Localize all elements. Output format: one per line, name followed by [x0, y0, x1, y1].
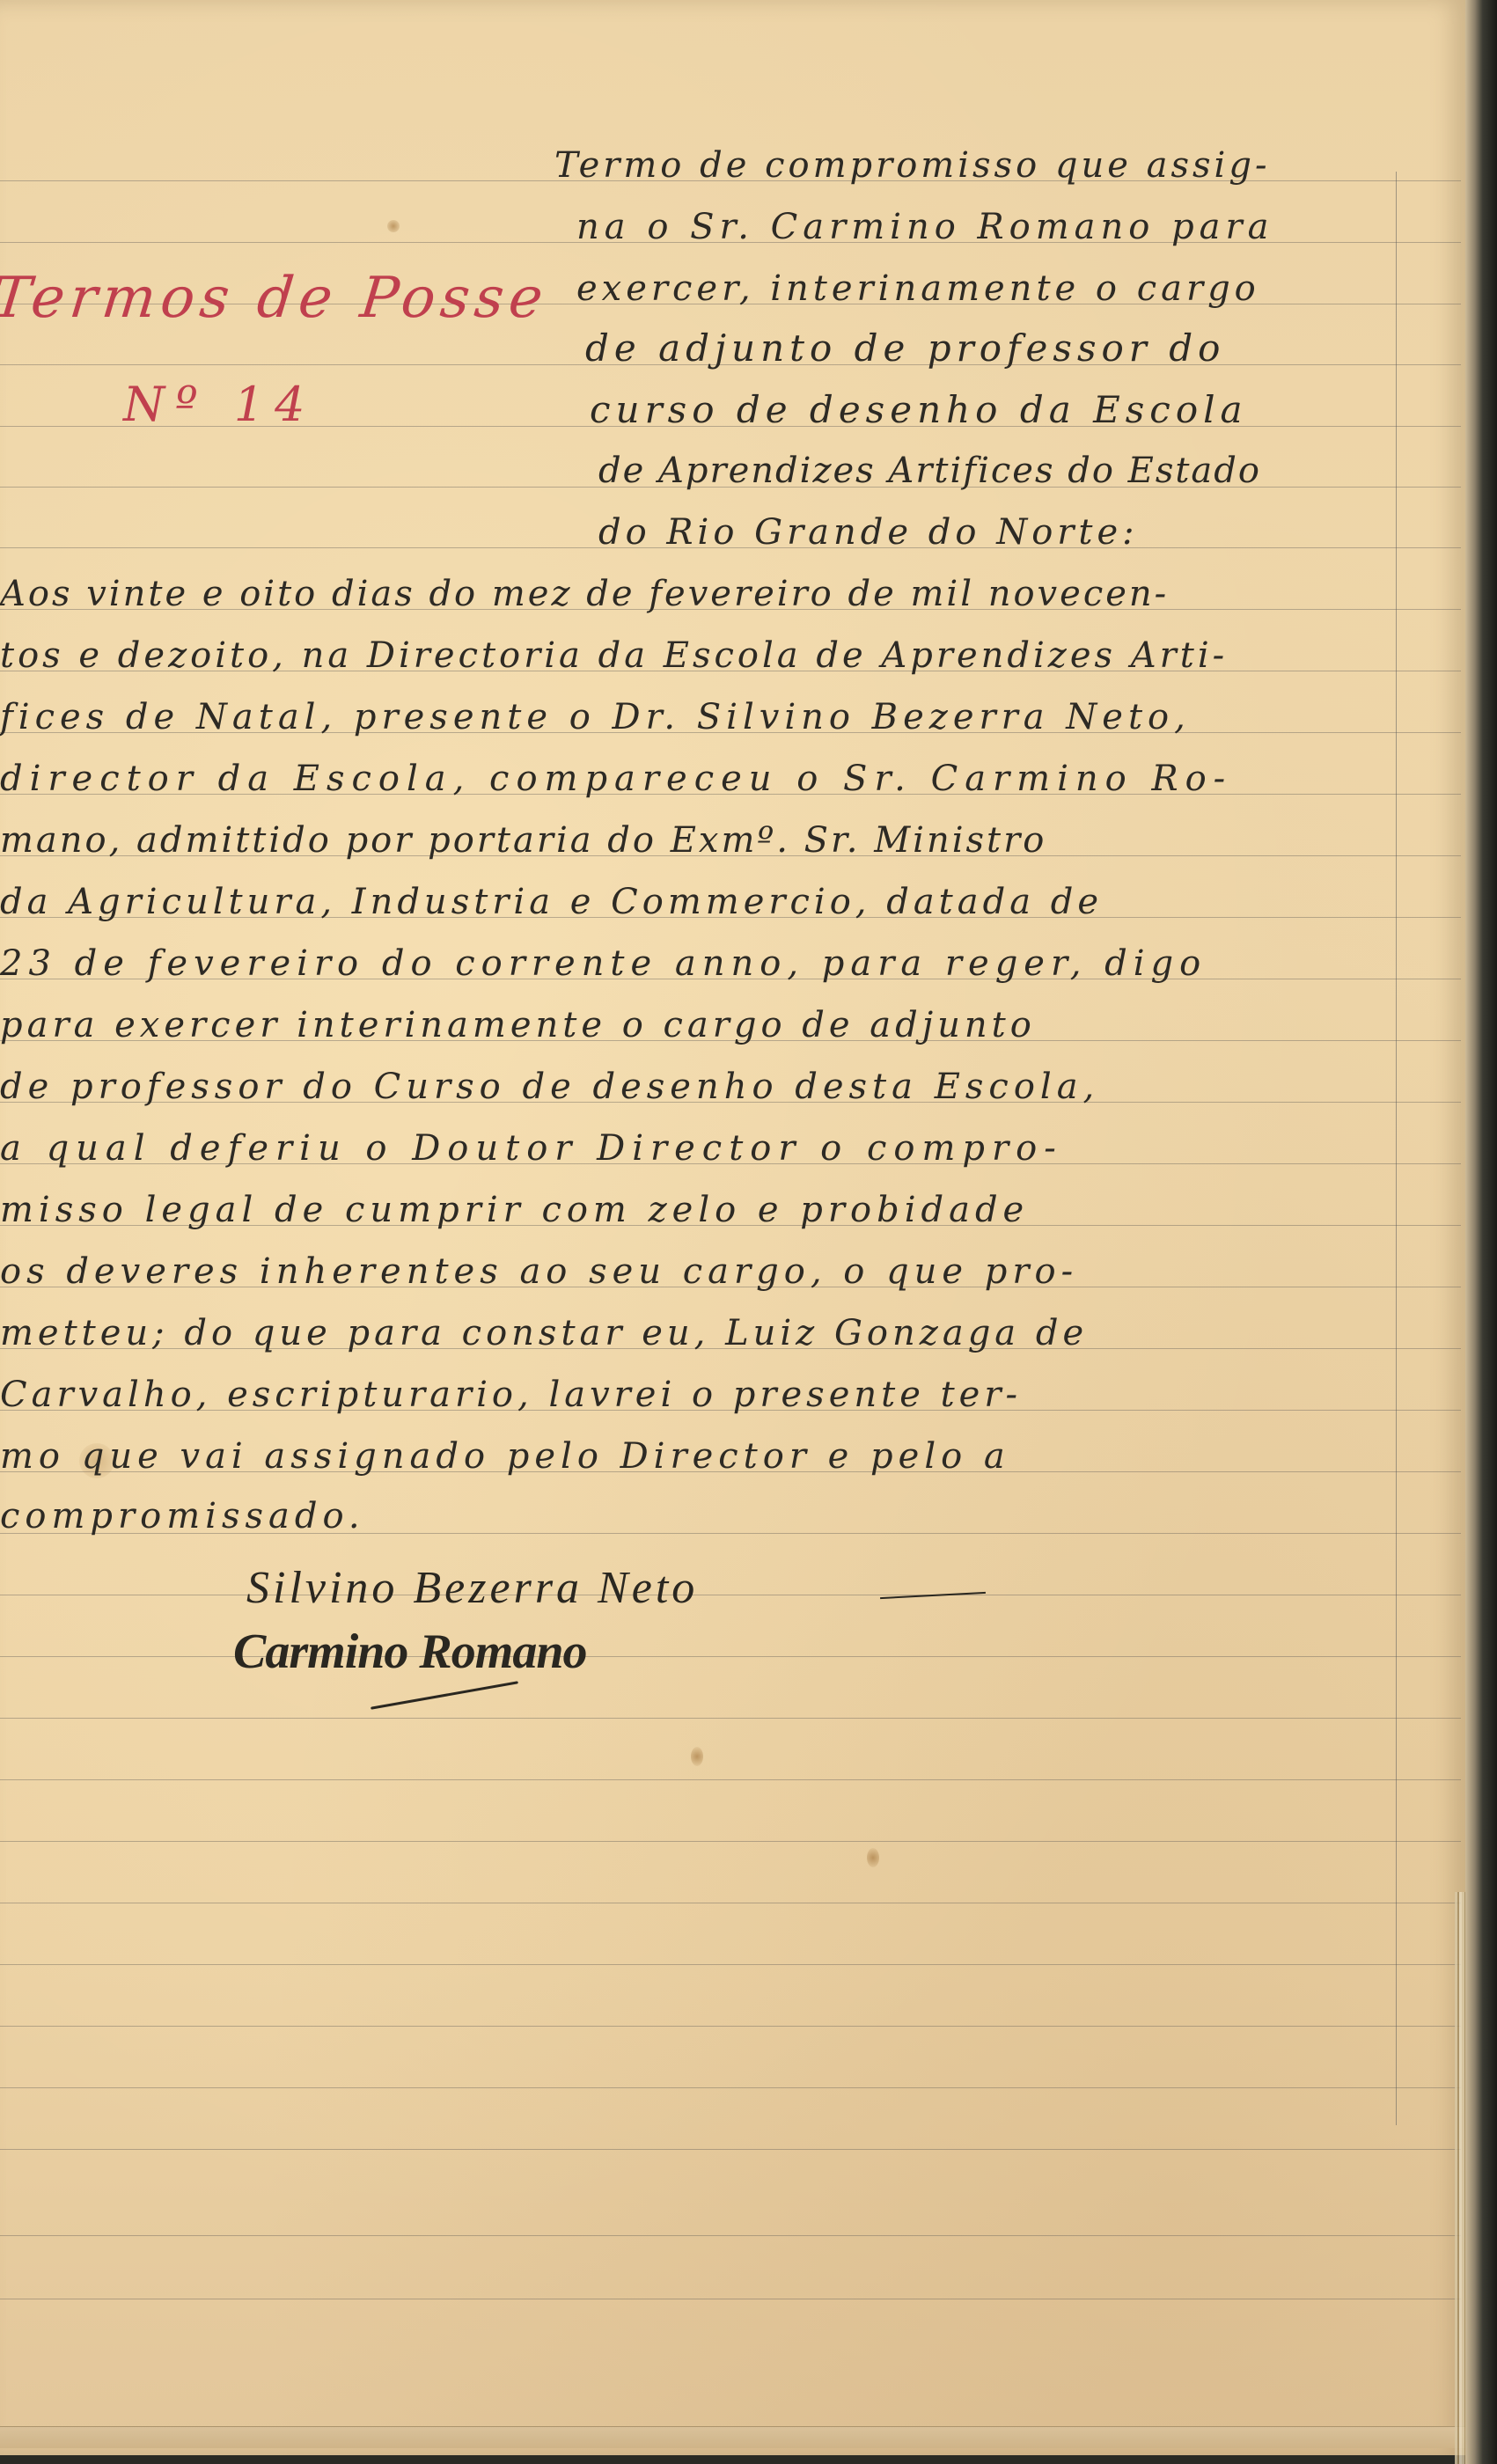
body-line: de professor do Curso de desenho desta E…	[0, 1069, 1099, 1104]
ledger-page: Termos de Posse Nº 14 Termo de compromis…	[0, 0, 1468, 2455]
book-binding	[1465, 0, 1497, 2464]
heading-line: na o Sr. Carmino Romano para	[576, 209, 1274, 245]
body-line: tos e dezoito, na Directoria da Escola d…	[0, 638, 1228, 673]
body-line: da Agricultura, Industria e Commercio, d…	[0, 884, 1103, 920]
body-line: director da Escola, compareceu o Sr. Car…	[0, 761, 1232, 796]
heading-line: curso de desenho da Escola	[590, 392, 1248, 429]
body-line: para exercer interinamente o cargo de ad…	[0, 1008, 1036, 1043]
heading-line: exercer, interinamente o cargo	[576, 271, 1260, 306]
body-line: Carvalho, escripturario, lavrei o presen…	[0, 1377, 1022, 1412]
body-line: os deveres inherentes ao seu cargo, o qu…	[0, 1254, 1078, 1289]
rule-line	[0, 2235, 1461, 2236]
body-line: Aos vinte e oito dias do mez de fevereir…	[0, 576, 1169, 612]
margin-note-title: Termos de Posse	[0, 266, 551, 331]
body-line: 23 de fevereiro do corrente anno, para r…	[0, 946, 1207, 981]
signature-underline	[371, 1681, 518, 1709]
margin-note-number: Nº 14	[123, 377, 316, 432]
signature-director: Silvino Bezerra Neto	[246, 1562, 698, 1614]
signature-appointee: Carmino Romano	[233, 1624, 586, 1680]
signature-flourish	[880, 1592, 986, 1599]
rule-line	[0, 2026, 1461, 2027]
body-line: mano, admittido por portaria do Exmº. Sr…	[0, 823, 1046, 858]
heading-line: Termo de compromisso que assig-	[554, 148, 1270, 183]
heading-line: de adjunto de professor do	[585, 330, 1225, 367]
rule-line	[0, 1656, 1461, 1657]
ink-stain	[387, 220, 400, 232]
body-line: metteu; do que para constar eu, Luiz Gon…	[0, 1316, 1088, 1351]
body-line: fices de Natal, presente o Dr. Silvino B…	[0, 700, 1191, 735]
foxing-stain	[691, 1747, 703, 1766]
foxing-stain	[867, 1848, 879, 1867]
body-line: mo que vai assignado pelo Director e pel…	[0, 1439, 1010, 1474]
body-line: a qual deferiu o Doutor Director o compr…	[0, 1131, 1063, 1166]
rule-line	[0, 2087, 1461, 2088]
rule-line	[0, 1964, 1461, 1965]
heading-line: do Rio Grande do Norte:	[598, 515, 1139, 550]
rule-line	[0, 1841, 1461, 1842]
rule-line	[0, 2299, 1461, 2299]
rule-line	[0, 1718, 1461, 1719]
body-line: misso legal de cumprir com zelo e probid…	[0, 1192, 1029, 1228]
body-line: compromissado.	[0, 1499, 365, 1534]
page-bottom-edge	[0, 2426, 1468, 2448]
rule-line	[0, 2149, 1461, 2150]
rule-line	[0, 1595, 1461, 1595]
right-margin-line	[1396, 172, 1397, 2125]
heading-line: de Aprendizes Artifices do Estado	[598, 453, 1261, 488]
rule-line	[0, 1903, 1461, 1903]
rule-line	[0, 1779, 1461, 1780]
